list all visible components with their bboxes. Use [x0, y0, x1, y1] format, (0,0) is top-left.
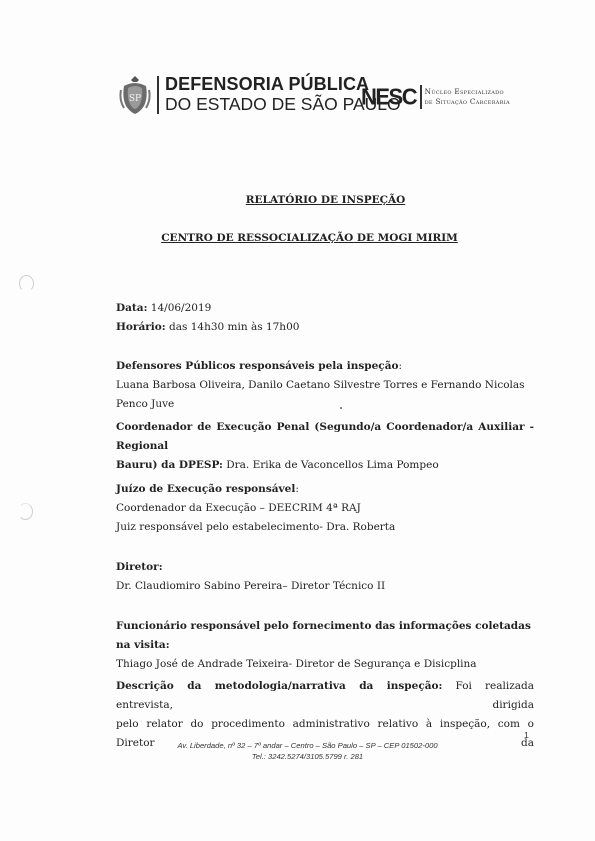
time-line: Horário: das 14h30 min às 17h00	[116, 318, 534, 337]
defensoria-logo: SP DEFENSORIA PÚBLICA DO ESTADO DE SÃO P…	[118, 72, 401, 117]
time-value: das 14h30 min às 17h00	[166, 321, 300, 333]
svg-text:SP: SP	[129, 94, 141, 104]
nesc-line2: de Situação Carcerária	[425, 97, 510, 107]
date-label: Data:	[116, 302, 147, 314]
punch-hole-mark	[18, 503, 33, 520]
staff-value: Thiago José de Andrade Teixeira- Diretor…	[116, 655, 534, 674]
staff-label: Funcionário responsável pelo forneciment…	[116, 620, 531, 651]
footer-phone: Tel.: 3242.5274/3105.5799 r. 281	[20, 751, 595, 762]
director-label: Diretor:	[116, 561, 163, 573]
methodology-label: Descrição da metodologia/narrativa da in…	[116, 680, 442, 692]
court-line1: Coordenador da Execução – DEECRIM 4ª RAJ	[116, 499, 534, 518]
court-colon: :	[295, 483, 299, 495]
methodology-line1: Descrição da metodologia/narrativa da in…	[116, 677, 534, 715]
coordinator-line2: Bauru) da DPESP: Dra. Erika de Vaconcell…	[116, 456, 534, 475]
director-block: Diretor: Dr. Claudiomiro Sabino Pereira–…	[116, 558, 534, 596]
date-line: Data: 14/06/2019	[116, 299, 534, 318]
scan-speck	[340, 407, 342, 409]
date-value: 14/06/2019	[147, 302, 211, 314]
nesc-line1: Núcleo Especializado	[425, 87, 510, 97]
coordinator-block: Coordenador de Execução Penal (Segundo/a…	[116, 418, 534, 475]
footer-address: Av. Liberdade, nº 32 – 7º andar – Centro…	[20, 740, 595, 751]
report-title: RELATÓRIO DE INSPEÇÃO	[28, 194, 595, 206]
court-block: Juízo de Execução responsável: Coordenad…	[116, 480, 534, 537]
footer: Av. Liberdade, nº 32 – 7º andar – Centro…	[0, 740, 595, 762]
defenders-heading: Defensores Públicos responsáveis pela in…	[116, 357, 534, 376]
court-line2: Juiz responsável pelo estabelecimento- D…	[116, 518, 534, 537]
coordinator-label-text2: Bauru) da DPESP:	[116, 459, 223, 471]
defenders-colon: :	[399, 360, 403, 372]
director-value: Dr. Claudiomiro Sabino Pereira– Diretor …	[116, 577, 534, 596]
defenders-value: Luana Barbosa Oliveira, Danilo Caetano S…	[116, 376, 534, 414]
defenders-block: Defensores Públicos responsáveis pela in…	[116, 357, 534, 414]
page-number: 1	[524, 730, 529, 740]
time-label: Horário:	[116, 321, 166, 333]
punch-hole-mark	[19, 275, 34, 292]
court-label: Juízo de Execução responsável	[116, 483, 295, 495]
coordinator-label-text1: Coordenador de Execução Penal (Segundo/a…	[116, 421, 534, 452]
nesc-logo: NESC Núcleo Especializado de Situação Ca…	[361, 84, 510, 110]
staff-block: Funcionário responsável pelo forneciment…	[116, 617, 534, 674]
coordinator-label-line1: Coordenador de Execução Penal (Segundo/a…	[116, 418, 534, 456]
nesc-divider	[420, 85, 422, 109]
defenders-label: Defensores Públicos responsáveis pela in…	[116, 360, 399, 372]
nesc-acronym: NESC	[361, 83, 416, 110]
document-page: SP DEFENSORIA PÚBLICA DO ESTADO DE SÃO P…	[0, 0, 595, 841]
nesc-full-name: Núcleo Especializado de Situação Carcerá…	[425, 87, 510, 107]
date-time-block: Data: 14/06/2019 Horário: das 14h30 min …	[116, 299, 534, 337]
report-subtitle: CENTRO DE RESSOCIALIZAÇÃO DE MOGI MIRIM	[12, 232, 595, 244]
coordinator-value: Dra. Erika de Vaconcellos Lima Pompeo	[223, 459, 439, 471]
sp-coat-of-arms-icon: SP	[118, 74, 152, 116]
logo-divider	[157, 76, 159, 114]
court-heading: Juízo de Execução responsável:	[116, 480, 534, 499]
